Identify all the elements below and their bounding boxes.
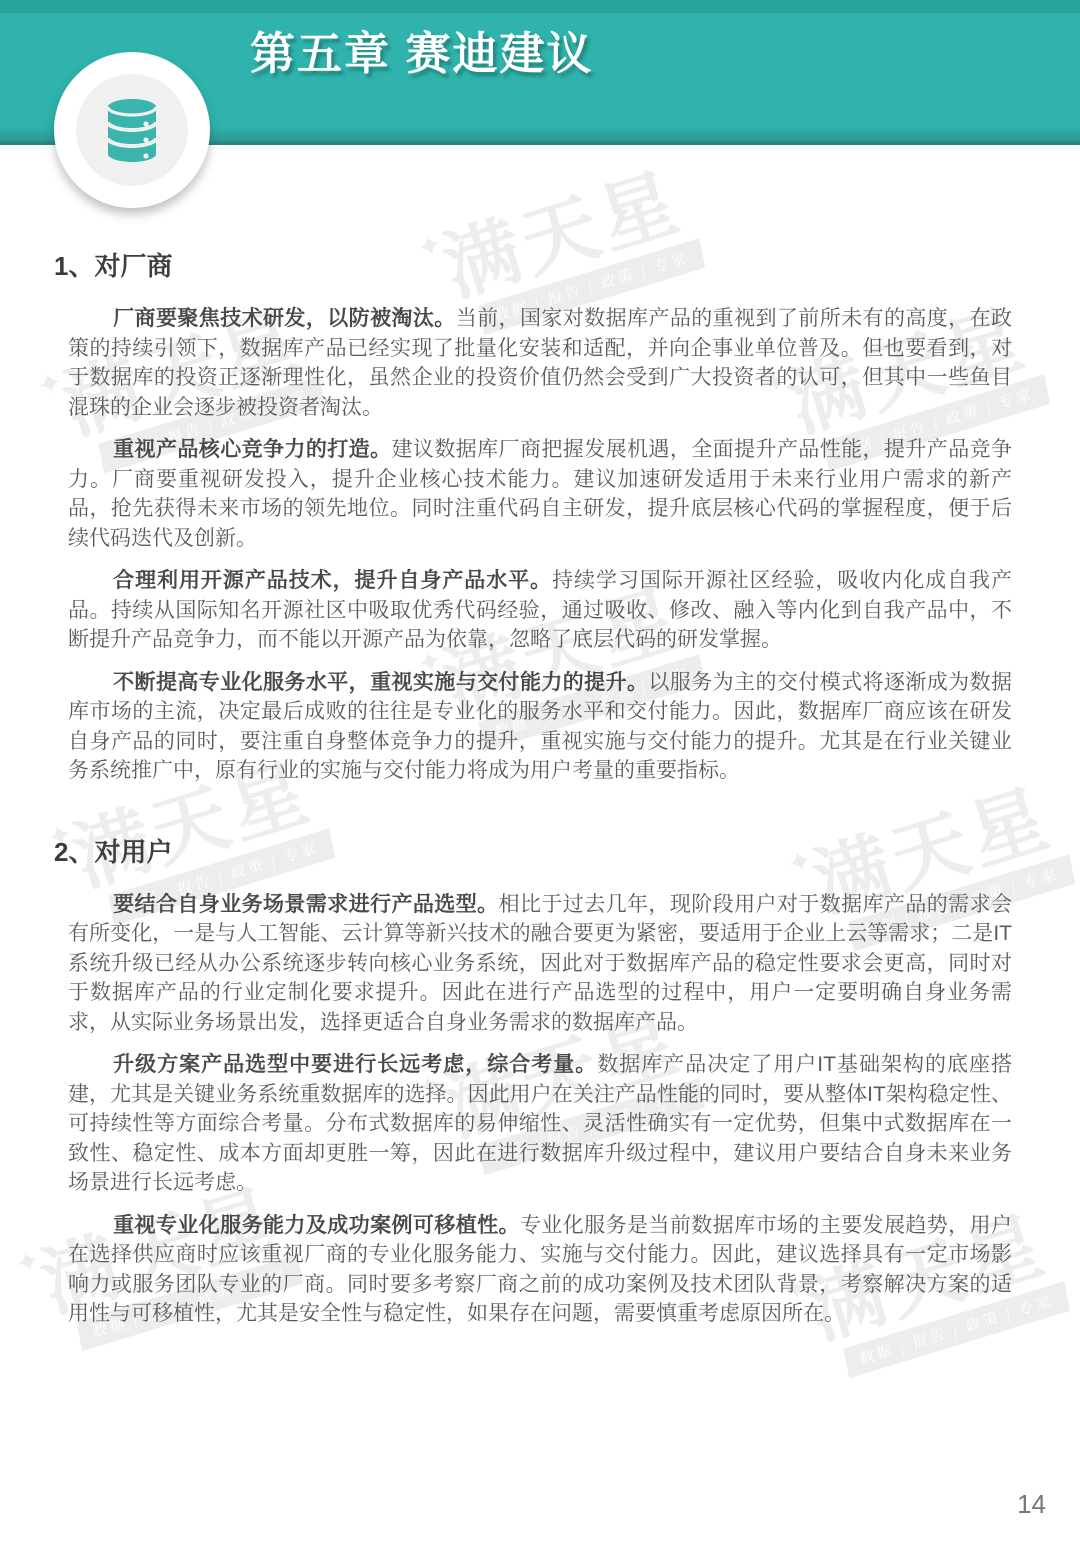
chapter-title: 第五章 赛迪建议 — [250, 27, 594, 81]
paragraph: 重视专业化服务能力及成功案例可移植性。专业化服务是当前数据库市场的主要发展趋势，… — [68, 1211, 1012, 1329]
chapter-header: 第五章 赛迪建议 — [0, 0, 1080, 145]
paragraph-lead: 要结合自身业务场景需求进行产品选型。 — [113, 893, 498, 916]
paragraph-lead: 厂商要聚焦技术研发，以防被淘汰。 — [113, 307, 456, 330]
chapter-icon-badge — [54, 52, 210, 208]
section-heading: 1、对厂商 — [54, 248, 1012, 284]
paragraph-lead: 不断提高专业化服务水平，重视实施与交付能力的提升。 — [113, 671, 648, 694]
paragraph: 要结合自身业务场景需求进行产品选型。相比于过去几年，现阶段用户对于数据库产品的需… — [68, 890, 1012, 1038]
paragraph: 不断提高专业化服务水平，重视实施与交付能力的提升。以服务为主的交付模式将逐渐成为… — [68, 668, 1012, 786]
database-icon — [106, 97, 158, 163]
page-number: 14 — [1017, 1489, 1046, 1520]
header-band-top — [0, 0, 1080, 13]
paragraph: 合理利用开源产品技术，提升自身产品水平。持续学习国际开源社区经验，吸收内化成自我… — [68, 566, 1012, 655]
paragraph-lead: 升级方案产品选型中要进行长远考虑，综合考量。 — [113, 1053, 597, 1076]
paragraph-lead: 合理利用开源产品技术，提升自身产品水平。 — [113, 569, 552, 592]
section-heading: 2、对用户 — [54, 834, 1012, 870]
report-section: 2、对用户要结合自身业务场景需求进行产品选型。相比于过去几年，现阶段用户对于数据… — [68, 834, 1012, 1329]
paragraph-lead: 重视专业化服务能力及成功案例可移植性。 — [113, 1214, 520, 1237]
paragraph: 厂商要聚焦技术研发，以防被淘汰。当前，国家对数据库产品的重视到了前所未有的高度，… — [68, 304, 1012, 422]
paragraph: 升级方案产品选型中要进行长远考虑，综合考量。数据库产品决定了用户IT基础架构的底… — [68, 1050, 1012, 1198]
report-page: ✦满天星数据 | 报告 | 政策 | 专家✦满天星数据 | 报告 | 政策 | … — [0, 0, 1080, 1559]
report-section: 1、对厂商厂商要聚焦技术研发，以防被淘汰。当前，国家对数据库产品的重视到了前所未… — [68, 248, 1012, 786]
report-body: 1、对厂商厂商要聚焦技术研发，以防被淘汰。当前，国家对数据库产品的重视到了前所未… — [0, 248, 1080, 1329]
chapter-icon-background — [76, 74, 188, 186]
paragraph-lead: 重视产品核心竞争力的打造。 — [113, 438, 391, 461]
paragraph: 重视产品核心竞争力的打造。建议数据库厂商把握发展机遇，全面提升产品性能，提升产品… — [68, 435, 1012, 553]
